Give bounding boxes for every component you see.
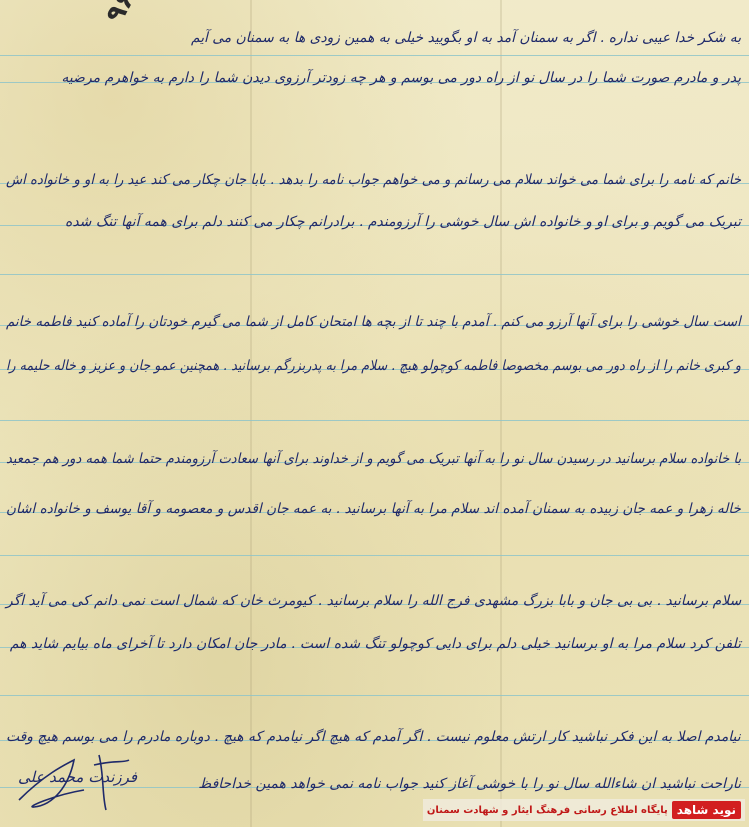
letter-line: خاله زهرا و عمه جان زبیده به سمنان آمده … [6,501,741,517]
letter-line: تلفن کرد سلام مرا به او برسانید خیلی دلم… [10,636,741,652]
letter-line: تبریک می گویم و برای او و خانواده اش سال… [65,214,741,230]
brand-mark: نوید شاهد [672,801,741,819]
letter-line: ناراحت نباشید ان شاءالله سال نو را با خو… [198,776,741,792]
letter-line: نیامدم اصلا به این فکر نباشید کار ارتش م… [6,729,741,745]
paper-fold [250,0,252,827]
letter-line: پدر و مادرم صورت شما را در سال نو از راه… [61,70,741,86]
ruled-line [0,274,749,275]
ruled-line [0,55,749,56]
brand-subtitle: پایگاه اطلاع رسانی فرهنگ ایثار و شهادت س… [427,805,668,816]
letter-line: است سال خوشی را برای آنها آرزو می کنم . … [6,314,741,330]
signature: فرزندت محمد علی [18,768,137,786]
ruled-line [0,695,749,696]
letter-line: و کبری خانم را از راه دور می بوسم مخصوصا… [6,358,741,374]
date-annotation: ۹۶/۳/۲۰ [100,0,173,28]
paper-fold [500,0,502,827]
letter-page: ۹۶/۳/۲۰ به شکر خدا عیبی نداره . اگر به س… [0,0,749,827]
letter-line: خانم که نامه را برای شما می خواند سلام م… [6,172,741,188]
letter-line: به شکر خدا عیبی نداره . اگر به سمنان آمد… [191,30,741,46]
letter-line: سلام برسانید . بی بی جان و بابا بزرگ مشه… [6,593,741,609]
letter-line: با خانواده سلام برسانید در رسیدن سال نو … [6,451,741,467]
ruled-line [0,420,749,421]
ruled-line [0,555,749,556]
watermark-logo: نوید شاهد پایگاه اطلاع رسانی فرهنگ ایثار… [423,799,745,821]
